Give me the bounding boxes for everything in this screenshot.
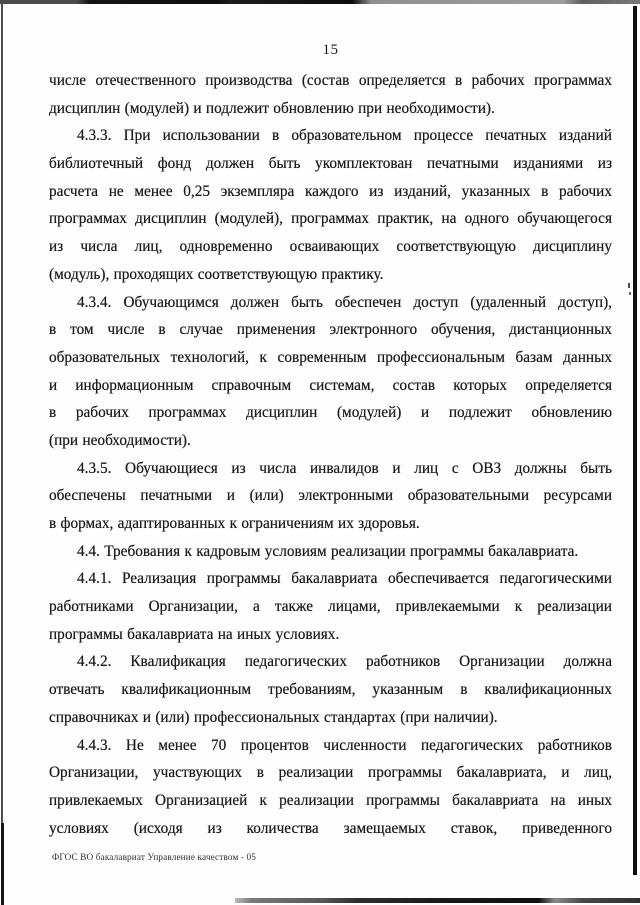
paragraph-continuation: числе отечественного производства (соста… bbox=[49, 67, 612, 122]
document-body: числе отечественного производства (соста… bbox=[49, 67, 612, 842]
scan-artifact-right-bar bbox=[633, 6, 637, 875]
paragraph-4.4.3: 4.4.3. Не менее 70 процентов численности… bbox=[49, 732, 612, 843]
page-footer: ФГОС ВО бакалавриат Управление качеством… bbox=[52, 852, 256, 862]
text-line: в том числе в случае применения электрон… bbox=[49, 316, 612, 344]
text-line: обеспечены печатными и (или) электронным… bbox=[49, 482, 612, 510]
scan-artifact-left-border bbox=[1, 0, 3, 823]
paragraph-4.4.2: 4.4.2. Квалификация педагогических работ… bbox=[49, 648, 612, 731]
text-line: 4.4.2. Квалификация педагогических работ… bbox=[49, 648, 612, 676]
text-line: работниками Организации, а также лицами,… bbox=[49, 593, 612, 621]
text-line: 4.4. Требования к кадровым условиям реал… bbox=[49, 538, 612, 566]
text-line: справочниках и (или) профессиональных ст… bbox=[49, 704, 612, 732]
text-line: в формах, адаптированных к ограничениям … bbox=[49, 510, 612, 538]
text-line: программы бакалавриата на иных условиях. bbox=[49, 621, 612, 649]
text-line: 4.4.3. Не менее 70 процентов численности… bbox=[49, 732, 612, 760]
text-line: из числа лиц, одновременно осваивающих с… bbox=[49, 233, 612, 261]
text-line: 4.4.1. Реализация программы бакалавриата… bbox=[49, 565, 612, 593]
scan-artifact-top-edge bbox=[0, 0, 640, 4]
text-line: (при необходимости). bbox=[49, 427, 612, 455]
text-line: 4.3.4. Обучающимся должен быть обеспечен… bbox=[49, 289, 612, 317]
text-line: 4.3.3. При использовании в образовательн… bbox=[49, 122, 612, 150]
text-line: образовательных технологий, к современны… bbox=[49, 344, 612, 372]
scan-artifact-bottom-edge bbox=[235, 898, 640, 903]
paragraph-4.3.4: 4.3.4. Обучающимся должен быть обеспечен… bbox=[49, 289, 612, 455]
scan-speck bbox=[628, 283, 630, 288]
page-number: 15 bbox=[49, 42, 612, 59]
text-line: расчета не менее 0,25 экземпляра каждого… bbox=[49, 178, 612, 206]
text-line: и информационным справочным системам, со… bbox=[49, 372, 612, 400]
text-line: (модуль), проходящих соответствующую пра… bbox=[49, 261, 612, 289]
paragraph-4.4.1: 4.4.1. Реализация программы бакалавриата… bbox=[49, 565, 612, 648]
paragraph-4.3.3: 4.3.3. При использовании в образовательн… bbox=[49, 122, 612, 288]
text-line: привлекаемых Организацией к реализации п… bbox=[49, 787, 612, 815]
paragraph-4.4: 4.4. Требования к кадровым условиям реал… bbox=[49, 538, 612, 566]
text-line: дисциплин (модулей) и подлежит обновлени… bbox=[49, 95, 612, 123]
text-line: программах дисциплин (модулей), программ… bbox=[49, 205, 612, 233]
scan-speck bbox=[629, 292, 631, 295]
text-line: числе отечественного производства (соста… bbox=[49, 67, 612, 95]
scan-artifact-left-border-dark bbox=[1, 823, 4, 905]
text-line: в рабочих программах дисциплин (модулей)… bbox=[49, 399, 612, 427]
text-line: библиотечный фонд должен быть укомплекто… bbox=[49, 150, 612, 178]
paragraph-4.3.5: 4.3.5. Обучающиеся из числа инвалидов и … bbox=[49, 455, 612, 538]
scanned-document-page: { "page": { "number": "15", "footer": "Ф… bbox=[0, 0, 640, 905]
text-line: условиях (исходя из количества замещаемы… bbox=[49, 815, 612, 843]
text-line: Организации, участвующих в реализации пр… bbox=[49, 759, 612, 787]
text-line: 4.3.5. Обучающиеся из числа инвалидов и … bbox=[49, 455, 612, 483]
text-line: отвечать квалификационным требованиям, у… bbox=[49, 676, 612, 704]
